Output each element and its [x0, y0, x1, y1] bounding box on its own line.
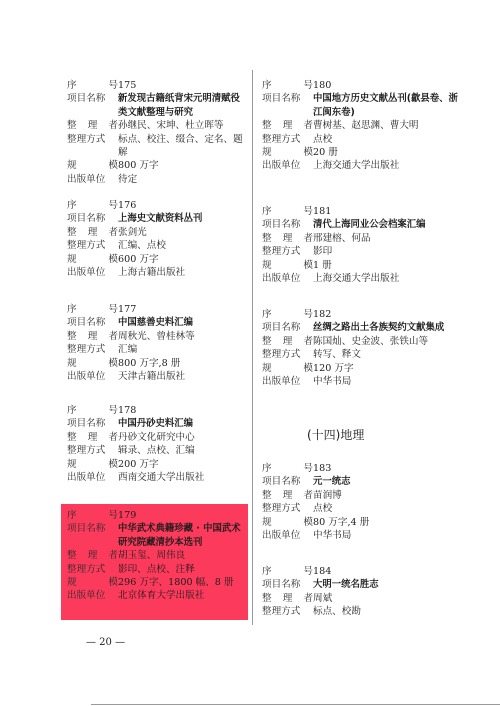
- entry-publisher: 上海古籍出版社: [118, 266, 247, 279]
- label-publisher: 出版单位: [67, 471, 118, 484]
- label-name: 项目名称: [67, 212, 118, 225]
- entry-publisher: 天津古籍出版社: [118, 370, 247, 383]
- label-editor: 整理者: [262, 335, 313, 348]
- entry-title: 上海史文献资料丛刊: [118, 212, 247, 225]
- entry-scale: 200 万字: [118, 458, 247, 471]
- entry-publisher: 上海交通大学出版社: [313, 272, 462, 285]
- entry-method: 汇编: [118, 343, 247, 356]
- entry-method: 点校: [313, 502, 462, 515]
- entry-seq: 178: [118, 404, 247, 417]
- label-method: 整理方式: [67, 444, 118, 457]
- entry-175: 序号175 项目名称新发现古籍纸背宋元明清赋役类文献整理与研究 整理者孙继民、宋…: [67, 79, 247, 186]
- entry-editor: 周秋光、曾桂林等: [118, 330, 247, 343]
- label-scale: 规模: [262, 516, 313, 529]
- entry-seq: 179: [118, 509, 247, 522]
- label-name: 项目名称: [262, 321, 313, 334]
- entry-editor: 邢建榕、何品: [313, 232, 462, 245]
- label-name: 项目名称: [67, 522, 118, 549]
- label-editor: 整理者: [262, 489, 313, 502]
- label-publisher: 出版单位: [67, 266, 118, 279]
- entry-editor: 张剑光: [118, 226, 247, 239]
- entry-scale: 296 万字、1800 幅、8 册: [118, 576, 247, 589]
- entry-scale: 20 册: [313, 146, 462, 159]
- label-method: 整理方式: [67, 133, 118, 160]
- entry-seq: 176: [118, 199, 247, 212]
- entry-publisher: 中华书局: [313, 529, 462, 542]
- label-seq: 序号: [262, 462, 313, 475]
- entry-method: 影印、点校、注释: [118, 563, 247, 576]
- entry-publisher: 中华书局: [313, 375, 462, 388]
- label-publisher: 出版单位: [262, 375, 313, 388]
- label-editor: 整理者: [262, 119, 313, 132]
- entry-seq: 182: [313, 308, 462, 321]
- label-scale: 规模: [262, 259, 313, 272]
- entry-method: 影印: [313, 245, 462, 258]
- label-scale: 规模: [262, 362, 313, 375]
- entry-182: 序号182 项目名称丝绸之路出土各族契约文献集成 整理者陈国灿、史金波、张铁山等…: [262, 308, 462, 388]
- label-scale: 规模: [262, 146, 313, 159]
- entry-method: 点校: [313, 133, 462, 146]
- label-editor: 整理者: [67, 226, 118, 239]
- entry-scale: 600 万字: [118, 253, 247, 266]
- entry-seq: 183: [313, 462, 462, 475]
- entry-publisher: 待定: [118, 173, 247, 186]
- label-publisher: 出版单位: [262, 272, 313, 285]
- label-seq: 序号: [262, 308, 313, 321]
- label-seq: 序号: [262, 79, 313, 92]
- entry-seq: 177: [118, 303, 247, 316]
- label-name: 项目名称: [67, 417, 118, 430]
- entry-title: 丝绸之路出土各族契约文献集成: [313, 321, 462, 334]
- label-name: 项目名称: [262, 218, 313, 231]
- entry-title: 新发现古籍纸背宋元明清赋役类文献整理与研究: [118, 92, 247, 119]
- entry-scale: 80 万字,4 册: [313, 516, 462, 529]
- entry-183: 序号183 项目名称元一统志 整理者苗润博 整理方式点校 规模80 万字,4 册…: [262, 462, 462, 542]
- bottom-rule: [91, 704, 500, 705]
- label-seq: 序号: [67, 199, 118, 212]
- label-editor: 整理者: [262, 232, 313, 245]
- entry-title: 中国丹砂史料汇编: [118, 417, 247, 430]
- entry-title: 清代上海同业公会档案汇编: [313, 218, 462, 231]
- entry-title: 大明一统名胜志: [313, 578, 462, 591]
- label-seq: 序号: [67, 303, 118, 316]
- entry-scale: 1 册: [313, 259, 462, 272]
- entry-title: 中国慈善史料汇编: [118, 316, 247, 329]
- label-method: 整理方式: [262, 348, 313, 361]
- entry-method: 汇编、点校: [118, 239, 247, 252]
- section-heading-geography: (十四)地理: [307, 426, 364, 443]
- entry-method: 转写、释文: [313, 348, 462, 361]
- label-publisher: 出版单位: [262, 529, 313, 542]
- entry-method: 辑录、点校、汇编: [118, 444, 247, 457]
- label-name: 项目名称: [262, 578, 313, 591]
- label-seq: 序号: [67, 79, 118, 92]
- entry-publisher: 上海交通大学出版社: [313, 159, 462, 172]
- label-scale: 规模: [67, 159, 118, 172]
- entry-title: 中国地方历史文献丛刊(歙县卷、浙江闽东卷): [313, 92, 462, 119]
- entry-180: 序号180 项目名称中国地方历史文献丛刊(歙县卷、浙江闽东卷) 整理者曹树基、赵…: [262, 79, 462, 173]
- entry-editor: 孙继民、宋坤、杜立晖等: [118, 119, 247, 132]
- entry-title: 元一统志: [313, 475, 462, 488]
- label-name: 项目名称: [67, 92, 118, 119]
- entry-seq: 180: [313, 79, 462, 92]
- entry-179-highlighted: 序号179 项目名称中华武术典籍珍藏 · 中国武术研究院藏清抄本选刊 整理者胡玉…: [67, 509, 247, 603]
- entry-184: 序号184 项目名称大明一统名胜志 整理者周斌 整理方式标点、校勘: [262, 565, 462, 619]
- entry-scale: 800 万字,8 册: [118, 357, 247, 370]
- label-scale: 规模: [67, 576, 118, 589]
- entry-publisher: 西南交通大学出版社: [118, 471, 247, 484]
- label-publisher: 出版单位: [67, 173, 118, 186]
- entry-178: 序号178 项目名称中国丹砂史料汇编 整理者丹砂文化研究中心 整理方式辑录、点校…: [67, 404, 247, 484]
- label-method: 整理方式: [262, 605, 313, 618]
- entry-editor: 周斌: [313, 592, 462, 605]
- label-scale: 规模: [67, 357, 118, 370]
- entry-editor: 陈国灿、史金波、张铁山等: [313, 335, 462, 348]
- label-seq: 序号: [67, 509, 118, 522]
- label-editor: 整理者: [262, 592, 313, 605]
- label-editor: 整理者: [67, 119, 118, 132]
- page-number: — 20 —: [86, 637, 125, 648]
- label-seq: 序号: [67, 404, 118, 417]
- entry-scale: 120 万字: [313, 362, 462, 375]
- entry-method: 标点、校勘: [313, 605, 462, 618]
- entry-method: 标点、校注、缀合、定名、题解: [118, 133, 247, 160]
- entry-181: 序号181 项目名称清代上海同业公会档案汇编 整理者邢建榕、何品 整理方式影印 …: [262, 205, 462, 285]
- label-method: 整理方式: [262, 133, 313, 146]
- label-scale: 规模: [67, 458, 118, 471]
- label-method: 整理方式: [262, 502, 313, 515]
- label-publisher: 出版单位: [67, 370, 118, 383]
- label-publisher: 出版单位: [262, 159, 313, 172]
- label-seq: 序号: [262, 565, 313, 578]
- entry-seq: 184: [313, 565, 462, 578]
- label-method: 整理方式: [67, 239, 118, 252]
- entry-editor: 曹树基、赵思渊、曹大明: [313, 119, 462, 132]
- entry-title: 中华武术典籍珍藏 · 中国武术研究院藏清抄本选刊: [118, 522, 247, 549]
- label-name: 项目名称: [262, 92, 313, 119]
- entry-seq: 175: [118, 79, 247, 92]
- entry-176: 序号176 项目名称上海史文献资料丛刊 整理者张剑光 整理方式汇编、点校 规模6…: [67, 199, 247, 279]
- entry-publisher: 北京体育大学出版社: [118, 589, 247, 602]
- entry-editor: 胡玉玺、周伟良: [118, 549, 247, 562]
- entry-scale: 800 万字: [118, 159, 247, 172]
- label-publisher: 出版单位: [67, 589, 118, 602]
- label-name: 项目名称: [67, 316, 118, 329]
- entry-editor: 苗润博: [313, 489, 462, 502]
- entry-editor: 丹砂文化研究中心: [118, 431, 247, 444]
- label-method: 整理方式: [67, 343, 118, 356]
- label-editor: 整理者: [67, 330, 118, 343]
- label-editor: 整理者: [67, 431, 118, 444]
- label-editor: 整理者: [67, 549, 118, 562]
- label-name: 项目名称: [262, 475, 313, 488]
- label-seq: 序号: [262, 205, 313, 218]
- entry-seq: 181: [313, 205, 462, 218]
- label-method: 整理方式: [262, 245, 313, 258]
- column-divider: [252, 70, 253, 625]
- entry-177: 序号177 项目名称中国慈善史料汇编 整理者周秋光、曾桂林等 整理方式汇编 规模…: [67, 303, 247, 383]
- label-method: 整理方式: [67, 563, 118, 576]
- label-scale: 规模: [67, 253, 118, 266]
